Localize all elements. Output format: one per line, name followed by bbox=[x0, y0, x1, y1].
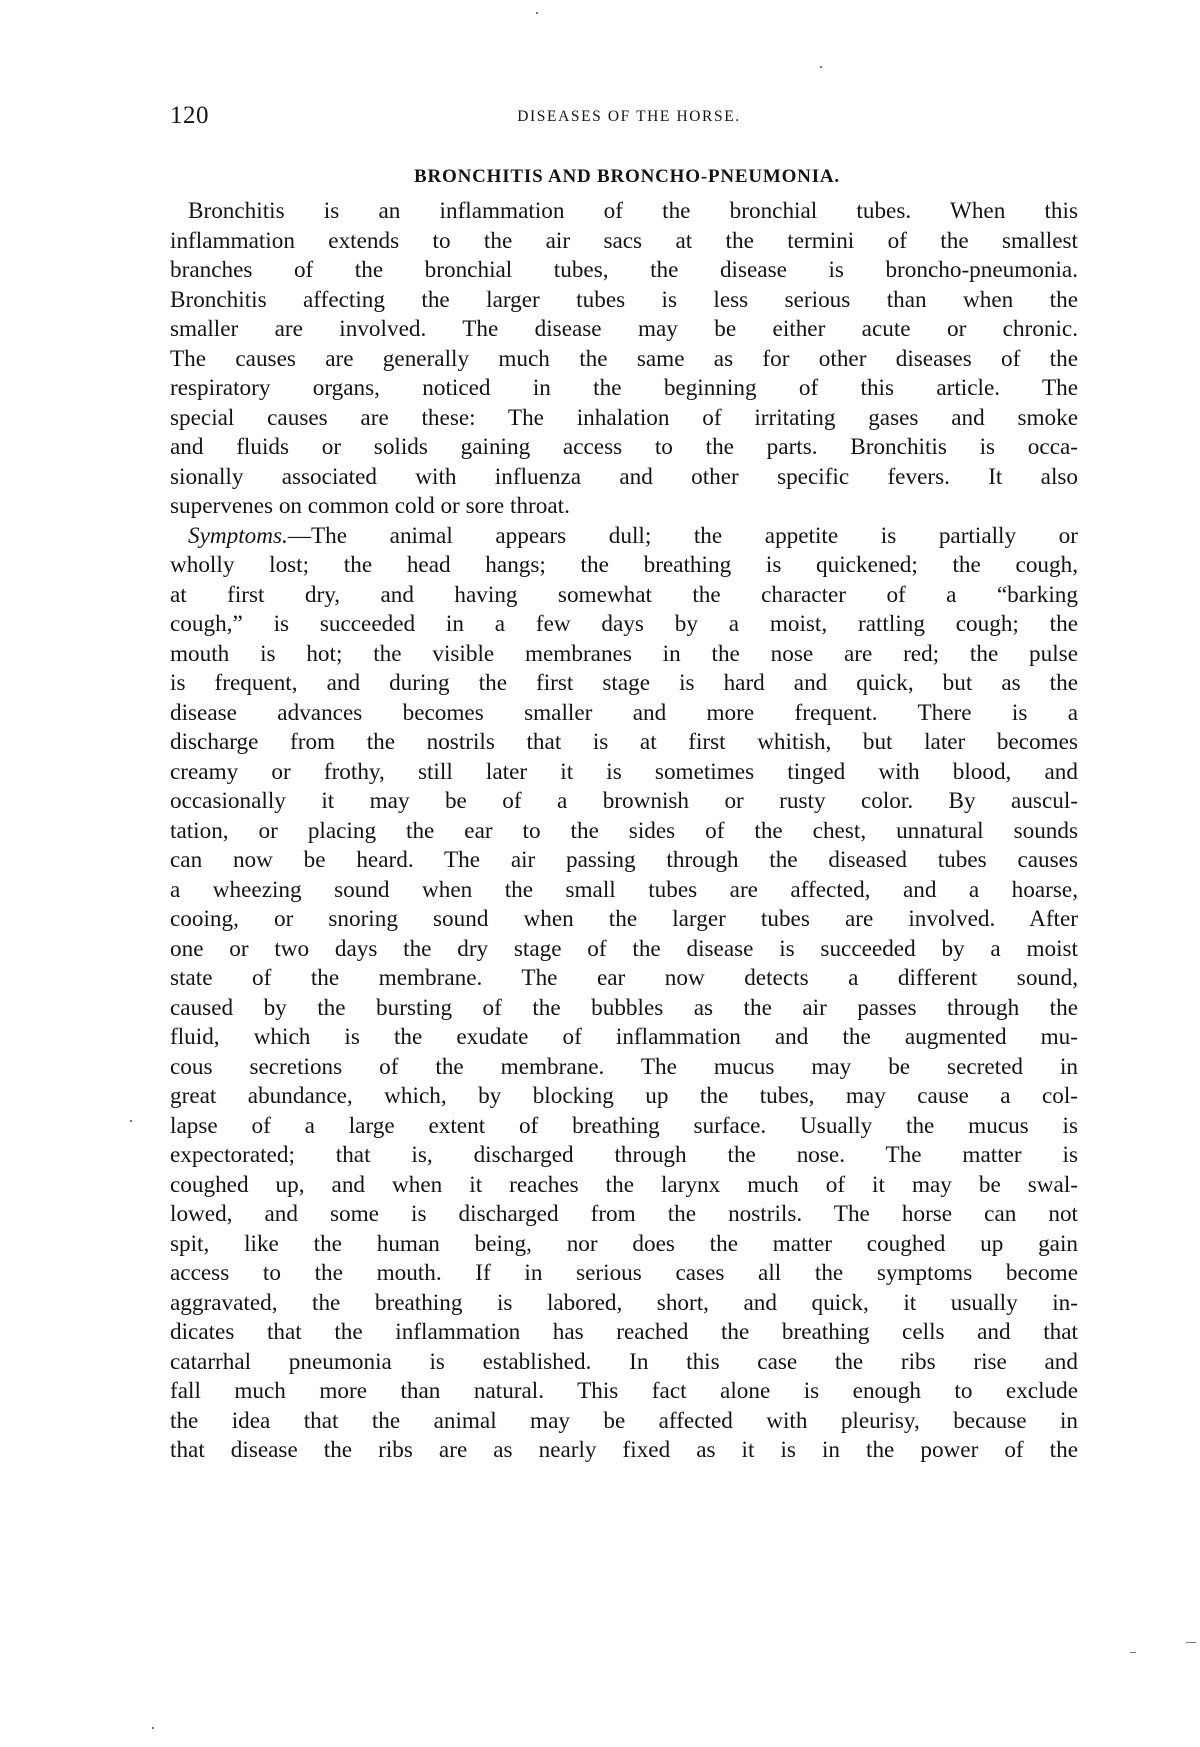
text-line: disease advances becomes smaller and mor… bbox=[170, 699, 1078, 729]
book-page: 120 DISEASES OF THE HORSE. BRONCHITIS AN… bbox=[170, 100, 1078, 1466]
scan-speck bbox=[152, 1727, 154, 1729]
text-line: great abundance, which, by blocking up t… bbox=[170, 1082, 1078, 1112]
text-line: cous secretions of the membrane. The muc… bbox=[170, 1053, 1078, 1083]
section-heading: BRONCHITIS AND BRONCHO-PNEUMONIA. bbox=[170, 166, 1078, 196]
text-line: can now be heard. The air passing throug… bbox=[170, 846, 1078, 876]
paragraph-symptoms: Symptoms.—The animal appears dull; the a… bbox=[170, 522, 1078, 1466]
scan-speck bbox=[1130, 1652, 1136, 1653]
text-line: coughed up, and when it reaches the lary… bbox=[170, 1171, 1078, 1201]
scan-speck bbox=[820, 66, 822, 68]
text-line: is frequent, and during the first stage … bbox=[170, 669, 1078, 699]
text-line: expectorated; that is, discharged throug… bbox=[170, 1141, 1078, 1171]
text-line: occasionally it may be of a brownish or … bbox=[170, 787, 1078, 817]
text-line: lowed, and some is discharged from the n… bbox=[170, 1200, 1078, 1230]
text-line: catarrhal pneumonia is established. In t… bbox=[170, 1348, 1078, 1378]
text-line: Bronchitis is an inflammation of the bro… bbox=[170, 197, 1078, 227]
scan-speck bbox=[536, 12, 538, 14]
scan-speck bbox=[1186, 1642, 1196, 1643]
text-line: special causes are these: The inhalation… bbox=[170, 404, 1078, 434]
text-line: creamy or frothy, still later it is some… bbox=[170, 758, 1078, 788]
body-text: Bronchitis is an inflammation of the bro… bbox=[170, 197, 1078, 1466]
text-line: state of the membrane. The ear now detec… bbox=[170, 964, 1078, 994]
text-line: tation, or placing the ear to the sides … bbox=[170, 817, 1078, 847]
text-line: one or two days the dry stage of the dis… bbox=[170, 935, 1078, 965]
text-line-content: —The animal appears dull; the appetite i… bbox=[288, 523, 1078, 549]
text-line: wholly lost; the head hangs; the breathi… bbox=[170, 551, 1078, 581]
text-line: aggravated, the breathing is labored, sh… bbox=[170, 1289, 1078, 1319]
text-line: access to the mouth. If in serious cases… bbox=[170, 1259, 1078, 1289]
text-line: lapse of a large extent of breathing sur… bbox=[170, 1112, 1078, 1142]
text-line: cough,” is succeeded in a few days by a … bbox=[170, 610, 1078, 640]
text-line: and fluids or solids gaining access to t… bbox=[170, 433, 1078, 463]
symptoms-lead-in: Symptoms. bbox=[188, 523, 288, 549]
text-line: Symptoms.—The animal appears dull; the a… bbox=[170, 522, 1078, 552]
running-title: DISEASES OF THE HORSE. bbox=[170, 108, 1078, 126]
paragraph-intro: Bronchitis is an inflammation of the bro… bbox=[170, 197, 1078, 522]
text-line: spit, like the human being, nor does the… bbox=[170, 1230, 1078, 1260]
text-line: dicates that the inflammation has reache… bbox=[170, 1318, 1078, 1348]
text-line: The causes are generally much the same a… bbox=[170, 345, 1078, 375]
text-line: sionally associated with influenza and o… bbox=[170, 463, 1078, 493]
text-line: fall much more than natural. This fact a… bbox=[170, 1377, 1078, 1407]
text-line: caused by the bursting of the bubbles as… bbox=[170, 994, 1078, 1024]
text-line: a wheezing sound when the small tubes ar… bbox=[170, 876, 1078, 906]
scan-speck bbox=[130, 1120, 132, 1122]
text-line: at first dry, and having somewhat the ch… bbox=[170, 581, 1078, 611]
text-line: inflammation extends to the air sacs at … bbox=[170, 227, 1078, 257]
text-line: Bronchitis affecting the larger tubes is… bbox=[170, 286, 1078, 316]
running-header: 120 DISEASES OF THE HORSE. bbox=[170, 100, 1078, 134]
text-line: cooing, or snoring sound when the larger… bbox=[170, 905, 1078, 935]
text-line: fluid, which is the exudate of inflammat… bbox=[170, 1023, 1078, 1053]
text-line: discharge from the nostrils that is at f… bbox=[170, 728, 1078, 758]
text-line: mouth is hot; the visible membranes in t… bbox=[170, 640, 1078, 670]
text-line: that disease the ribs are as nearly fixe… bbox=[170, 1436, 1078, 1466]
text-line: the idea that the animal may be affected… bbox=[170, 1407, 1078, 1437]
text-line: supervenes on common cold or sore throat… bbox=[170, 492, 1078, 522]
text-line: smaller are involved. The disease may be… bbox=[170, 315, 1078, 345]
text-line: branches of the bronchial tubes, the dis… bbox=[170, 256, 1078, 286]
text-line: respiratory organs, noticed in the begin… bbox=[170, 374, 1078, 404]
